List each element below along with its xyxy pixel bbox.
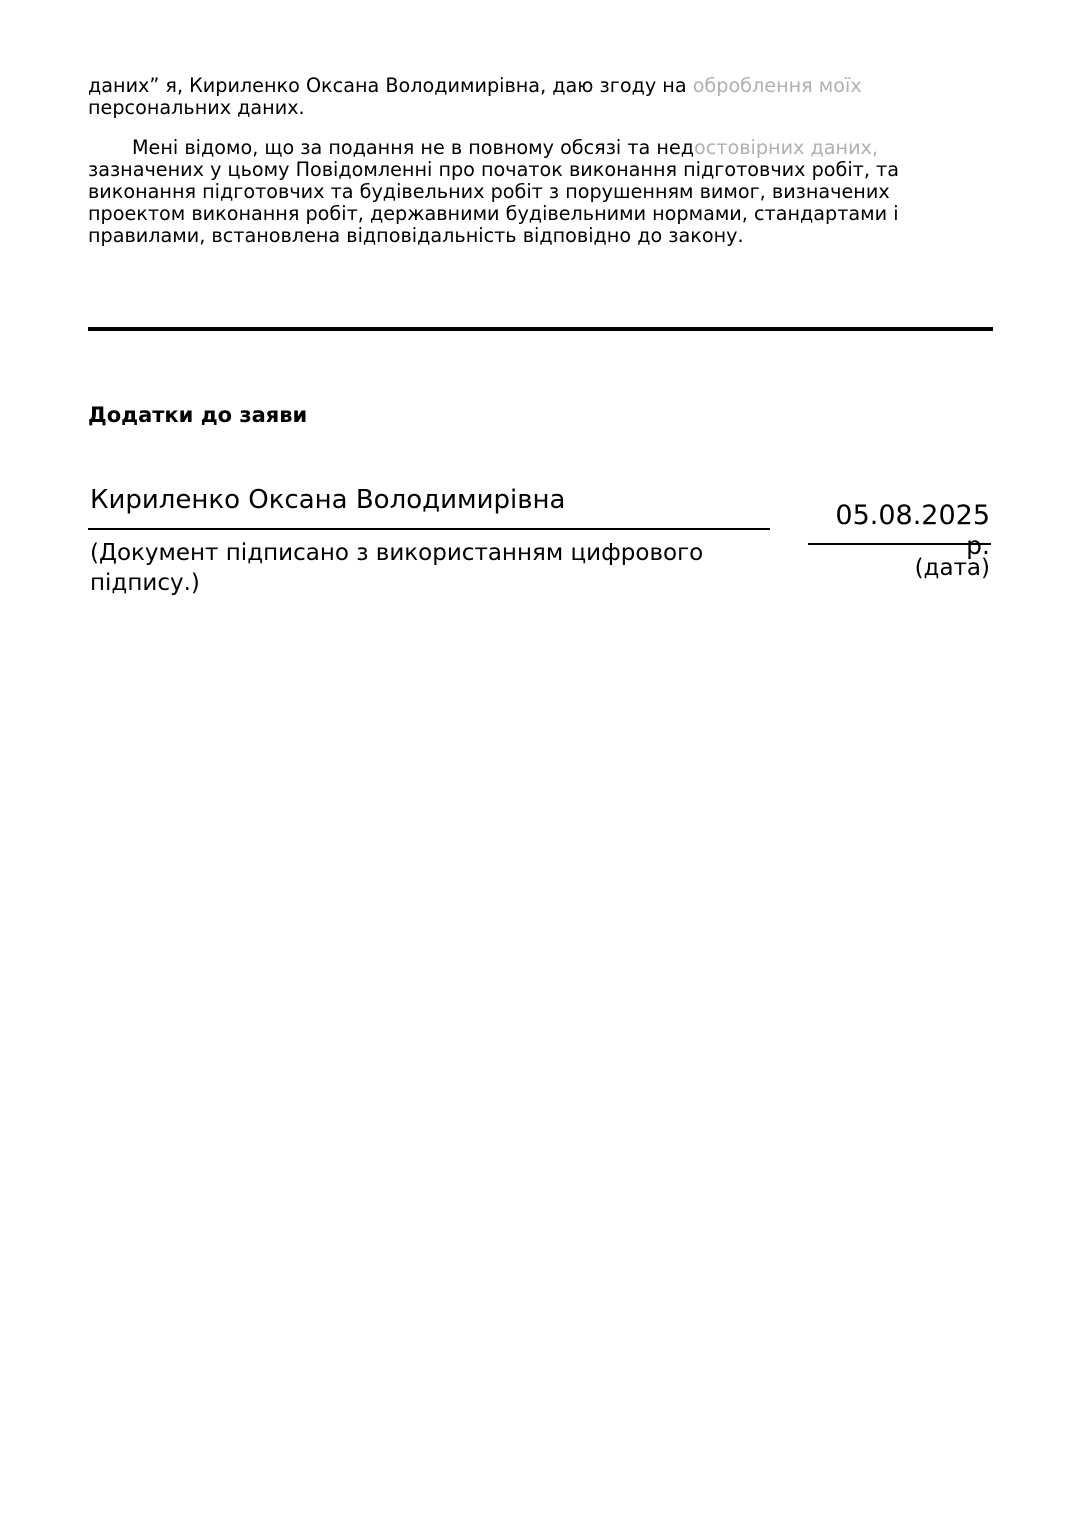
consent-text-faded: оброблення моїх [693, 74, 862, 97]
signature-line [88, 528, 770, 530]
liability-text-faded: остовірних даних, [694, 136, 878, 159]
date-value: 05.08.2025 [835, 499, 990, 533]
signature-note: (Документ підписано з використанням цифр… [90, 538, 770, 598]
consent-paragraph: даних” я, Кириленко Оксана Володимирівна… [88, 75, 993, 119]
attachments-heading: Додатки до заяви [88, 403, 307, 427]
date-line [808, 543, 991, 545]
signer-name: Кириленко Оксана Володимирівна [90, 484, 565, 516]
liability-paragraph: Мені відомо, що за подання не в повному … [88, 137, 993, 247]
date-label: (дата) [915, 554, 990, 582]
consent-text-tail: персональних даних. [88, 96, 305, 119]
document-page: даних” я, Кириленко Оксана Володимирівна… [0, 0, 1080, 1528]
liability-text-tail: зазначених у цьому Повідомленні про поча… [88, 158, 899, 247]
liability-text: Мені відомо, що за подання не в повному … [132, 136, 694, 159]
consent-text: даних” я, Кириленко Оксана Володимирівна… [88, 74, 693, 97]
section-divider [88, 327, 993, 331]
